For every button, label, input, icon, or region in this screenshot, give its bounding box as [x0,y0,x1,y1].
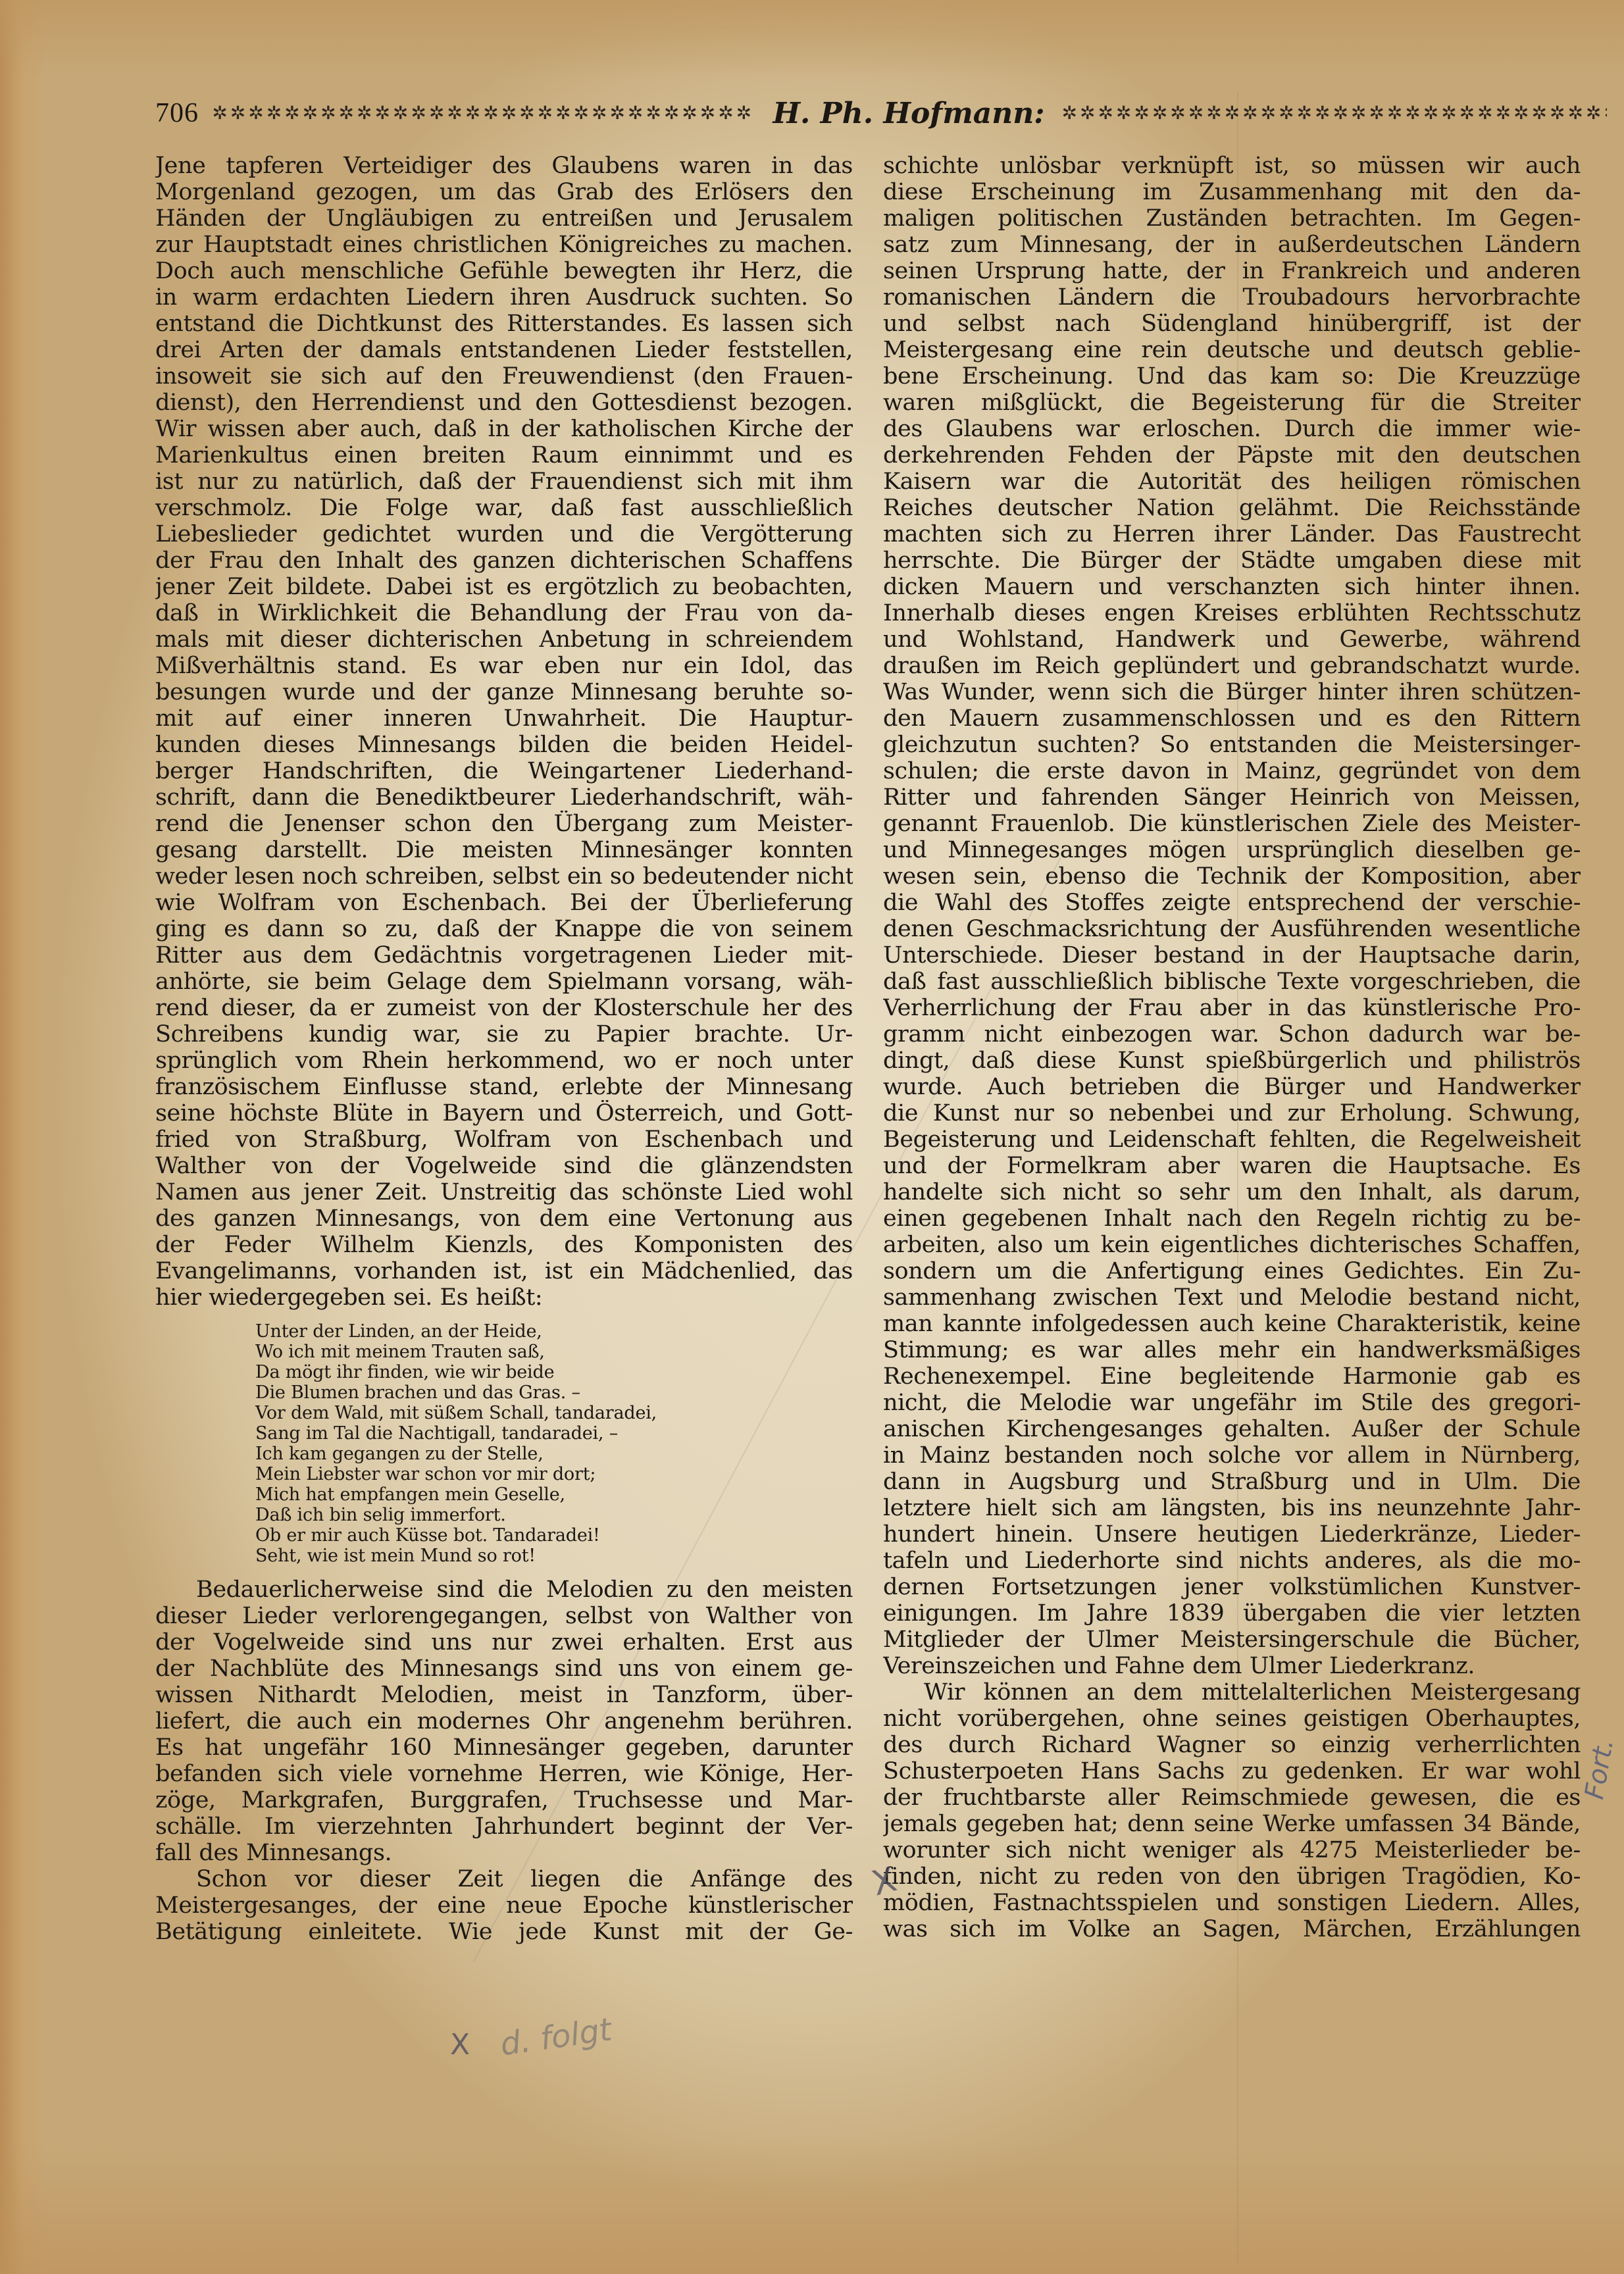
ornament-rule-right: ✲✲✲✲✲✲✲✲✲✲✲✲✲✲✲✲✲✲✲✲✲✲✲✲✲✲✲✲✲✲✲✲ [1062,104,1607,122]
text-line: nicht, die Melodie war ungefähr im Stile… [883,1390,1581,1416]
text-line: Marienkultus einen breiten Raum einnimmt… [155,442,853,468]
text-line: des durch Richard Wagner so einzig verhe… [883,1732,1581,1758]
text-line: herrschte. Die Bürger der Städte umgaben… [883,547,1581,574]
running-head-author: H. Ph. Hofmann: [755,97,1061,130]
text-line: dieser Lieder verlorengegangen, selbst v… [155,1603,853,1629]
text-line: Schreibens kundig war, sie zu Papier bra… [155,1021,853,1048]
text-line: sammenhang zwischen Text und Melodie bes… [883,1284,1581,1311]
pencil-mark-x-left: X [450,2028,470,2061]
text-line: Verherrlichung der Frau aber in das küns… [883,995,1581,1021]
text-line: mit auf einer inneren Unwahrheit. Die Ha… [155,705,853,732]
poem-line: Mich hat empfangen mein Geselle, [255,1484,853,1505]
text-line: sondern um die Anfertigung eines Gedicht… [883,1258,1581,1284]
paragraph-hans-sachs: Wir können an dem mittelalterlichen Meis… [883,1679,1581,1942]
text-line: in warm erdachten Liedern ihren Ausdruck… [155,284,853,311]
text-line: einigungen. Im Jahre 1839 übergaben die … [883,1600,1581,1627]
text-line: schrift, dann die Benediktbeurer Liederh… [155,784,853,811]
ornament-rule-left: ✲✲✲✲✲✲✲✲✲✲✲✲✲✲✲✲✲✲✲✲✲✲✲✲✲✲✲✲✲✲ [211,104,755,122]
text-line: bene Erscheinung. Und das kam so: Die Kr… [883,363,1581,390]
text-line: Doch auch menschliche Gefühle bewegten i… [155,258,853,284]
text-line: Meistergesang eine rein deutsche und deu… [883,337,1581,363]
text-line: befanden sich viele vornehme Herren, wie… [155,1761,853,1787]
text-line: anischen Kirchengesanges gehalten. Außer… [883,1416,1581,1442]
text-line: den Mauern zusammenschlossen und es den … [883,705,1581,732]
text-line: verschmolz. Die Folge war, daß fast auss… [155,495,853,521]
text-line: berger Handschriften, die Weingartener L… [155,758,853,784]
text-line: Namen aus jener Zeit. Unstreitig das sch… [155,1179,853,1205]
text-line: maligen politischen Zuständen betrachten… [883,205,1581,232]
text-line: Vereinszeichen und Fahne dem Ulmer Liede… [883,1653,1581,1679]
text-line: letztere hielt sich am längsten, bis ins… [883,1495,1581,1521]
text-line: schälle. Im vierzehnten Jahrhundert begi… [155,1813,853,1840]
text-line: machten sich zu Herren ihrer Länder. Das… [883,521,1581,547]
poem-line: Vor dem Wald, mit süßem Schall, tandarad… [255,1403,853,1423]
poem-line: Unter der Linden, an der Heide, [255,1321,853,1342]
text-line: genannt Frauenlob. Die künstlerischen Zi… [883,811,1581,837]
text-line: Stimmung; es war alles mehr ein handwerk… [883,1337,1581,1363]
text-line: rend dieser, da er zumeist von der Klost… [155,995,853,1021]
text-line: Begeisterung und Leidenschaft fehlten, d… [883,1126,1581,1153]
text-line: der fruchtbarste aller Reimschmiede gewe… [883,1784,1581,1811]
blue-pencil-note-right: Fort. [1579,1736,1619,1802]
right-column: schichte unlösbar verknüpft ist, so müss… [883,153,1581,1942]
text-line: der Nachblüte des Minnesangs sind uns vo… [155,1655,853,1682]
text-line: wie Wolfram von Eschenbach. Bei der Über… [155,890,853,916]
text-line: Jene tapferen Verteidiger des Glaubens w… [155,153,853,179]
text-line: Walther von der Vogelweide sind die glän… [155,1153,853,1179]
text-line: Ritter aus dem Gedächtnis vorgetragenen … [155,942,853,969]
text-line: Mitglieder der Ulmer Meistersingerschule… [883,1627,1581,1653]
text-line: Es hat ungefähr 160 Minnesänger gegeben,… [155,1734,853,1761]
text-line: draußen im Reich geplündert und gebrands… [883,653,1581,679]
text-line: Liebeslieder gedichtet wurden und die Ve… [155,521,853,547]
text-line: Wir wissen aber auch, daß in der katholi… [155,416,853,442]
poem-line: Ich kam gegangen zu der Stelle, [255,1444,853,1464]
text-line: fried von Straßburg, Wolfram von Eschenb… [155,1126,853,1153]
text-line: einen gegebenen Inhalt nach den Regeln r… [883,1205,1581,1232]
text-line: dann in Augsburg und Straßburg und in Ul… [883,1469,1581,1495]
text-line: finden, nicht zu reden von den übrigen T… [883,1863,1581,1890]
text-line: dicken Mauern und verschanzten sich hint… [883,574,1581,600]
text-line: wesen sein, ebenso die Technik der Kompo… [883,863,1581,890]
text-line: zur Hauptstadt eines christlichen Königr… [155,232,853,258]
text-line: gramm nicht einbezogen war. Schon dadurc… [883,1021,1581,1048]
text-line: tafeln und Liederhorte sind nichts ander… [883,1548,1581,1574]
text-line: jener Zeit bildete. Dabei ist es ergötzl… [155,574,853,600]
poem-line: Sang im Tal die Nachtigall, tandaradei, … [255,1423,853,1444]
text-line: und der Formelkram aber waren die Haupts… [883,1153,1581,1179]
text-line: Kaisern war die Autorität des heiligen r… [883,468,1581,495]
text-line: man kannte infolgedessen auch keine Char… [883,1311,1581,1337]
poem-line: Wo ich mit meinem Trauten saß, [255,1342,853,1362]
text-line: Unterschiede. Dieser bestand in der Haup… [883,942,1581,969]
text-line: zöge, Markgrafen, Burggrafen, Truchsesse… [155,1787,853,1813]
text-line: kunden dieses Minnesangs bilden die beid… [155,732,853,758]
text-line: des Glaubens war erloschen. Durch die im… [883,416,1581,442]
text-line: Reiches deutscher Nation gelähmt. Die Re… [883,495,1581,521]
text-line: mals mit dieser dichterischen Anbetung i… [155,626,853,653]
text-line: insoweit sie sich auf den Freuwendienst … [155,363,853,390]
poem-line: Ob er mir auch Küsse bot. Tandaradei! [255,1525,853,1546]
text-line: rend die Jenenser schon den Übergang zum… [155,811,853,837]
text-line: des ganzen Minnesangs, von dem eine Vert… [155,1205,853,1232]
text-line: dingt, daß diese Kunst spießbürgerlich u… [883,1048,1581,1074]
text-line: Bedauerlicherweise sind die Melodien zu … [155,1577,853,1603]
text-line: derkehrenden Fehden der Päpste mit den d… [883,442,1581,468]
poem-line: Daß ich bin selig immerfort. [255,1505,853,1525]
paragraph-crusaders: Jene tapferen Verteidiger des Glaubens w… [155,153,853,1311]
text-line: der Feder Wilhelm Kienzls, des Komponist… [155,1232,853,1258]
poem-line: Mein Liebster war schon vor mir dort; [255,1464,853,1484]
text-line: die Wahl des Stoffes zeigte entsprechend… [883,890,1581,916]
text-line: Schusterpoeten Hans Sachs zu gedenken. E… [883,1758,1581,1784]
text-line: schichte unlösbar verknüpft ist, so müss… [883,153,1581,179]
text-line: Mißverhältnis stand. Es war eben nur ein… [155,653,853,679]
text-line: ist nur zu natürlich, daß der Frauendien… [155,468,853,495]
text-line: besungen wurde und der ganze Minnesang b… [155,679,853,705]
text-line: waren mißglückt, die Begeisterung für di… [883,390,1581,416]
pencil-note-left: d. folgt [498,2011,614,2063]
text-line: und Minnegesanges mögen ursprünglich die… [883,837,1581,863]
text-line: mödien, Fastnachtsspielen und sonstigen … [883,1890,1581,1916]
text-line: diese Erscheinung im Zusammenhang mit de… [883,179,1581,205]
text-line: dernen Fortsetzungen jener volkstümliche… [883,1574,1581,1600]
text-line: seinen Ursprung hatte, der in Frankreich… [883,258,1581,284]
text-line: die Kunst nur so nebenbei und zur Erholu… [883,1100,1581,1126]
text-line: Innerhalb dieses engen Kreises erblühten… [883,600,1581,626]
poem-line: Seht, wie ist mein Mund so rot! [255,1546,853,1566]
scanned-page: 706 ✲✲✲✲✲✲✲✲✲✲✲✲✲✲✲✲✲✲✲✲✲✲✲✲✲✲✲✲✲✲ H. Ph… [0,0,1624,2274]
text-line: in Mainz bestanden noch solche vor allem… [883,1442,1581,1469]
text-line: daß fast ausschließlich biblische Texte … [883,969,1581,995]
text-line: ging es dann so zu, daß der Knappe die v… [155,916,853,942]
text-line: arbeiten, also um kein eigentliches dich… [883,1232,1581,1258]
text-line: Was Wunder, wenn sich die Bürger hinter … [883,679,1581,705]
text-line: worunter sich nicht weniger als 4275 Mei… [883,1837,1581,1863]
page-number: 706 [155,97,211,129]
text-line: daß in Wirklichkeit die Behandlung der F… [155,600,853,626]
text-line: handelte sich nicht so sehr um den Inhal… [883,1179,1581,1205]
text-line: satz zum Minnesang, der in außerdeutsche… [883,232,1581,258]
text-line: Morgenland gezogen, um das Grab des Erlö… [155,179,853,205]
text-line: wurde. Auch betrieben die Bürger und Han… [883,1074,1581,1100]
text-line: wissen Nithardt Melodien, meist in Tanzf… [155,1682,853,1708]
text-line: weder lesen noch schreiben, selbst ein s… [155,863,853,890]
text-line: Betätigung einleitete. Wie jede Kunst mi… [155,1919,853,1945]
aged-paper-edge-top [0,0,1624,79]
text-line: fall des Minnesangs. [155,1840,853,1866]
text-line: was sich im Volke an Sagen, Märchen, Erz… [883,1916,1581,1942]
text-line: sprünglich vom Rhein herkommend, wo er n… [155,1048,853,1074]
text-line: Ritter und fahrenden Sänger Heinrich von… [883,784,1581,811]
text-line: anhörte, sie beim Gelage dem Spielmann v… [155,969,853,995]
text-line: romanischen Ländern die Troubadours herv… [883,284,1581,311]
left-column: Jene tapferen Verteidiger des Glaubens w… [155,153,853,1945]
text-line: gleichzutun suchten? So entstanden die M… [883,732,1581,758]
text-line: der Vogelweide sind uns nur zwei erhalte… [155,1629,853,1655]
paragraph-melodies: Bedauerlicherweise sind die Melodien zu … [155,1577,853,1866]
text-line: schulen; die erste davon in Mainz, gegrü… [883,758,1581,784]
poem-line: Da mögt ihr finden, wie wir beide [255,1362,853,1382]
text-line: drei Arten der damals entstandenen Liede… [155,337,853,363]
aged-paper-edge-left [0,0,46,2274]
text-line: nicht vorübergehen, ohne seines geistige… [883,1706,1581,1732]
text-line: Händen der Ungläubigen zu entreißen und … [155,205,853,232]
text-line: Schon vor dieser Zeit liegen die Anfänge… [155,1866,853,1892]
text-line: und Wohlstand, Handwerk und Gewerbe, wäh… [883,626,1581,653]
text-line: hundert hinein. Unsere heutigen Liederkr… [883,1521,1581,1548]
text-line: liefert, die auch ein modernes Ohr angen… [155,1708,853,1734]
text-line: Wir können an dem mittelalterlichen Meis… [883,1679,1581,1706]
text-line: dienst), den Herrendienst und den Gottes… [155,390,853,416]
aged-paper-edge-bottom [0,2142,1624,2274]
text-line: und selbst nach Südengland hinübergriff,… [883,311,1581,337]
text-line: entstand die Dichtkunst des Ritterstande… [155,311,853,337]
text-line: französischem Einflusse stand, erlebte d… [155,1074,853,1100]
text-line: gesang darstellt. Die meisten Minnesänge… [155,837,853,863]
text-line: Rechenexempel. Eine begleitende Harmonie… [883,1363,1581,1390]
text-line: der Frau den Inhalt des ganzen dichteris… [155,547,853,574]
paragraph-meistergesang-history: schichte unlösbar verknüpft ist, so müss… [883,153,1581,1679]
text-line: jemals gegeben hat; denn seine Werke umf… [883,1811,1581,1837]
page-header: 706 ✲✲✲✲✲✲✲✲✲✲✲✲✲✲✲✲✲✲✲✲✲✲✲✲✲✲✲✲✲✲ H. Ph… [155,93,1607,133]
text-line: hier wiedergegeben sei. Es heißt: [155,1284,853,1311]
text-line: Evangelimanns, vorhanden ist, ist ein Mä… [155,1258,853,1284]
text-line: seine höchste Blüte in Bayern und Österr… [155,1100,853,1126]
text-line: denen Geschmacksrichtung der Ausführende… [883,916,1581,942]
poem-line: Die Blumen brachen und das Gras. – [255,1382,853,1403]
